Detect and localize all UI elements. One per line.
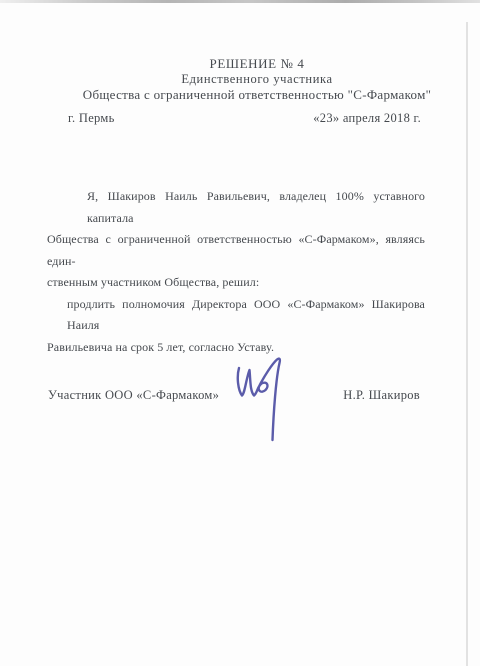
signature-label: Участник ООО «С-Фармаком»	[48, 388, 219, 403]
document-subtitle: Единственного участника	[62, 72, 452, 88]
company-name-line: Общества с ограниченной ответственностью…	[62, 87, 452, 103]
paper-edge-line	[466, 22, 468, 666]
scan-top-edge	[0, 0, 480, 3]
document-header: РЕШЕНИЕ № 4 Единственного участника Обще…	[62, 56, 452, 103]
handwritten-signature-icon	[226, 352, 306, 447]
body-line-1: Я, Шакиров Наиль Равильевич, владелец 10…	[47, 186, 425, 229]
scanned-document-page: РЕШЕНИЕ № 4 Единственного участника Обще…	[0, 0, 480, 666]
body-line-4: продлить полномочия Директора ООО «С-Фар…	[47, 294, 425, 337]
date-label: «23» апреля 2018 г.	[313, 111, 421, 126]
document-title: РЕШЕНИЕ № 4	[62, 56, 452, 72]
signatory-name: Н.Р. Шакиров	[343, 388, 420, 403]
body-line-2: Общества с ограниченной ответственностью…	[47, 229, 425, 272]
city-label: г. Пермь	[68, 111, 115, 126]
resolution-body: Я, Шакиров Наиль Равильевич, владелец 10…	[47, 186, 425, 358]
body-line-3: ственным участником Общества, решил:	[47, 272, 425, 294]
